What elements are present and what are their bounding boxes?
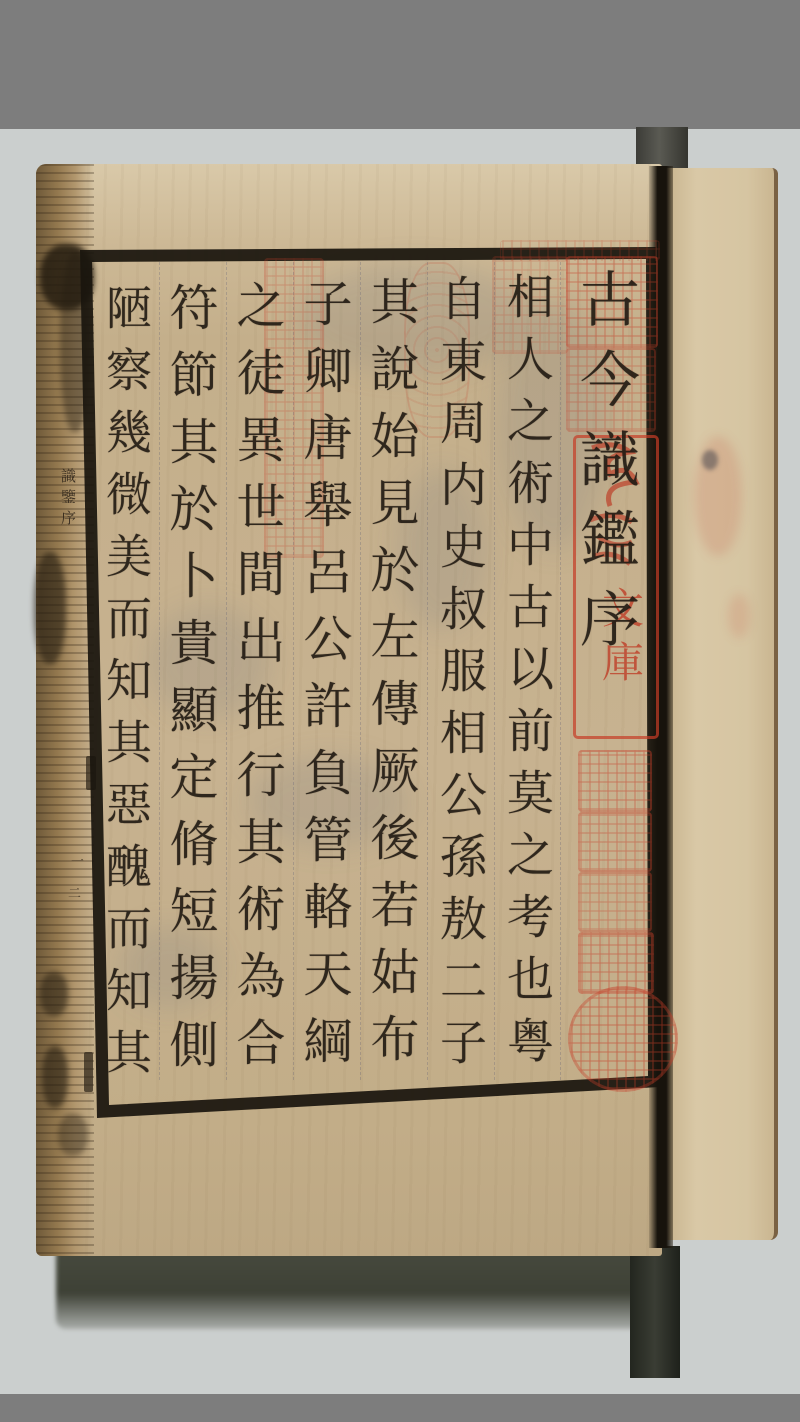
collector-seal-square	[578, 932, 654, 994]
text-column-7: 符節其於卜貴顯定脩短揚側	[159, 282, 225, 1086]
text-column-4: 其說始見於左傳厥後若姑布	[360, 276, 426, 1080]
text-column-2: 相人之術中古以前莫之考也粤	[494, 272, 560, 1078]
seal-over-border	[500, 240, 660, 261]
collector-seal-round	[568, 986, 678, 1092]
text-column-6: 之徒異世間出推行其術為合	[226, 280, 292, 1084]
collector-seal-square	[578, 812, 652, 872]
text-column-5: 子卿唐舉呂公許負管輅天綱	[293, 278, 359, 1082]
text-column-3: 自東周内史叔服相公孫敖二子	[427, 274, 493, 1080]
collector-seal-square	[578, 750, 652, 812]
collector-seal-square	[578, 872, 652, 932]
text-column-8: 陋察幾微美而知其惡醜而知其	[93, 284, 159, 1090]
photo-of-open-book: 識鑒序 一 二 文庫 古今識鑑序 相人之術中古以前莫之考也粤 自東周内史叔服相公…	[0, 0, 800, 1422]
title-column: 古今識鑑序	[558, 268, 648, 668]
